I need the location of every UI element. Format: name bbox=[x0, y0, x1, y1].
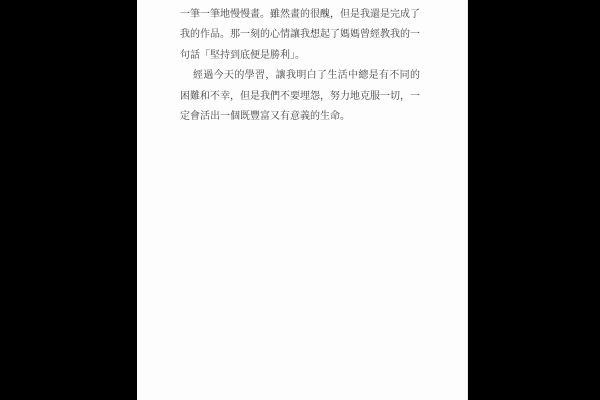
document-page: 一筆一筆地慢慢畫。雖然畫的很醜，但是我還是完成了我的作品。那一刻的心情讓我想起了… bbox=[137, 0, 468, 400]
essay-paragraph: 經過今天的學習，讓我明白了生活中總是有不同的困難和不幸，但是我們不要埋怨，努力地… bbox=[180, 66, 420, 127]
image-viewer-canvas: 一筆一筆地慢慢畫。雖然畫的很醜，但是我還是完成了我的作品。那一刻的心情讓我想起了… bbox=[0, 0, 600, 400]
essay-text: 一筆一筆地慢慢畫。雖然畫的很醜，但是我還是完成了我的作品。那一刻的心情讓我想起了… bbox=[137, 0, 468, 127]
essay-paragraph: 一筆一筆地慢慢畫。雖然畫的很醜，但是我還是完成了我的作品。那一刻的心情讓我想起了… bbox=[180, 5, 420, 66]
